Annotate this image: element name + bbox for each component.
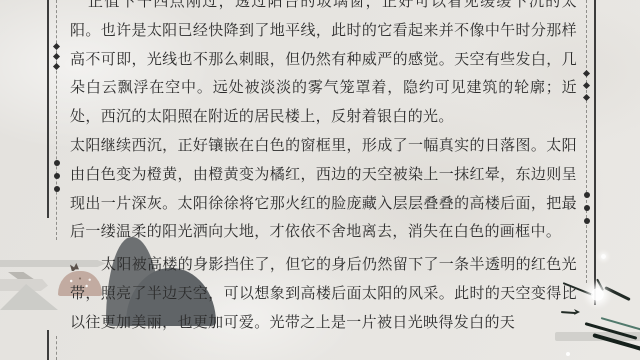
sparkle-decoration	[601, 254, 606, 259]
border-dot-ornament	[54, 160, 60, 166]
paragraph-2: 太阳继续西沉，正好镶嵌在白色的窗框里，形成了一幅真实的日落图。太阳由白色变为橙黄…	[70, 131, 577, 246]
left-border-solid-line	[47, 0, 49, 218]
border-dot-ornament	[584, 192, 590, 198]
border-dot-ornament	[584, 205, 590, 211]
border-diamond-ornament	[53, 53, 60, 60]
paragraph-3: 太阳被高楼的身影挡住了，但它的身后仍然留下了一条半透明的红色光带，照亮了半边天空…	[70, 250, 577, 336]
border-dot-ornament	[584, 218, 590, 224]
border-diamond-ornament	[583, 70, 590, 77]
border-dot-ornament	[54, 186, 60, 192]
border-dot-ornament	[54, 173, 60, 179]
left-border-dashed-line	[56, 0, 57, 240]
border-diamond-ornament	[53, 63, 60, 70]
bamboo-leaf-icon	[563, 282, 593, 296]
bamboo-branch-decoration	[545, 270, 640, 360]
essay-text-block: 正值下午四点刚过，透过阳台的玻璃窗，正好可以看见缓缓下沉的太阳。也许是太阳已经快…	[70, 0, 577, 337]
border-diamond-ornament	[583, 82, 590, 89]
bamboo-leaf-icon	[604, 286, 630, 301]
border-diamond-ornament	[53, 43, 60, 50]
left-border-dashed-line-bottom	[56, 336, 57, 360]
border-diamond-ornament	[583, 94, 590, 101]
right-border-solid-line	[594, 0, 596, 305]
left-border-solid-line-bottom	[47, 330, 49, 360]
right-border-dashed-line	[586, 0, 587, 283]
bamboo-leaf-icon	[561, 311, 576, 314]
paragraph-1: 正值下午四点刚过，透过阳台的玻璃窗，正好可以看见缓缓下沉的太阳。也许是太阳已经快…	[70, 0, 577, 131]
light-glow-decoration	[591, 288, 604, 301]
document-page: { "document": { "language": "zh-CN", "pa…	[0, 0, 640, 360]
